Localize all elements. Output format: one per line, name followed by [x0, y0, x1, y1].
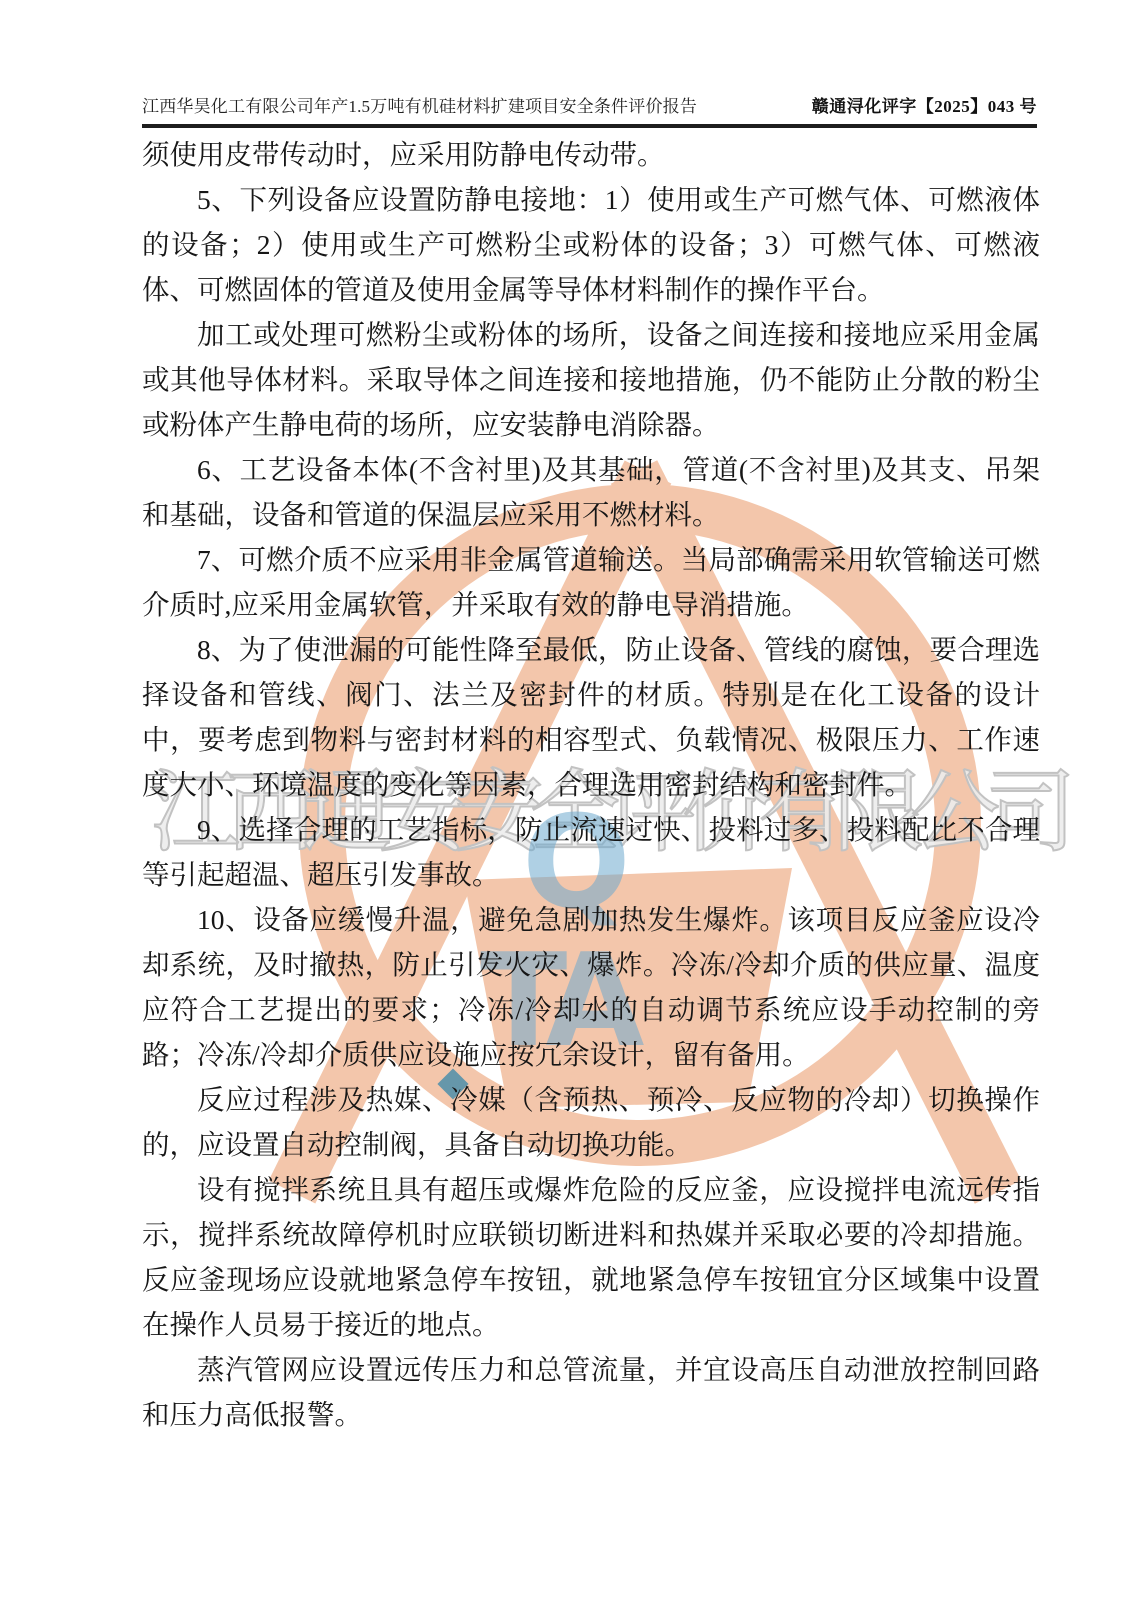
- paragraph: 8、为了使泄漏的可能性降至最低，防止设备、管线的腐蚀，要合理选择设备和管线、阀门…: [142, 627, 1040, 807]
- paragraph: 须使用皮带传动时，应采用防静电传动带。: [142, 132, 1040, 177]
- paragraph: 蒸汽管网应设置远传压力和总管流量，并宜设高压自动泄放控制回路和压力高低报警。: [142, 1347, 1040, 1437]
- document-body: 须使用皮带传动时，应采用防静电传动带。 5、下列设备应设置防静电接地：1）使用或…: [142, 132, 1040, 1437]
- header-document-number: 赣通浔化评字【2025】043 号: [812, 92, 1037, 117]
- paragraph: 5、下列设备应设置防静电接地：1）使用或生产可燃气体、可燃液体的设备；2）使用或…: [142, 177, 1040, 312]
- paragraph: 反应过程涉及热媒、冷媒（含预热、预冷、反应物的冷却）切换操作的，应设置自动控制阀…: [142, 1077, 1040, 1167]
- header-report-title: 江西华昊化工有限公司年产1.5万吨有机硅材料扩建项目安全条件评价报告: [142, 92, 697, 117]
- page-header: 江西华昊化工有限公司年产1.5万吨有机硅材料扩建项目安全条件评价报告 赣通浔化评…: [142, 92, 1037, 128]
- report-page: 江西通安安全评价有限公司 Q TA 江西华昊化工有限公司年产1.5万吨有机硅材料…: [0, 0, 1131, 1600]
- paragraph: 6、工艺设备本体(不含衬里)及其基础，管道(不含衬里)及其支、吊架和基础，设备和…: [142, 447, 1040, 537]
- paragraph: 7、可燃介质不应采用非金属管道输送。当局部确需采用软管输送可燃介质时,应采用金属…: [142, 537, 1040, 627]
- paragraph: 10、设备应缓慢升温，避免急剧加热发生爆炸。该项目反应釜应设冷却系统，及时撤热，…: [142, 897, 1040, 1077]
- paragraph: 加工或处理可燃粉尘或粉体的场所，设备之间连接和接地应采用金属或其他导体材料。采取…: [142, 312, 1040, 447]
- paragraph: 9、选择合理的工艺指标，防止流速过快、投料过多、投料配比不合理等引起超温、超压引…: [142, 807, 1040, 897]
- paragraph: 设有搅拌系统且具有超压或爆炸危险的反应釜，应设搅拌电流远传指示，搅拌系统故障停机…: [142, 1167, 1040, 1347]
